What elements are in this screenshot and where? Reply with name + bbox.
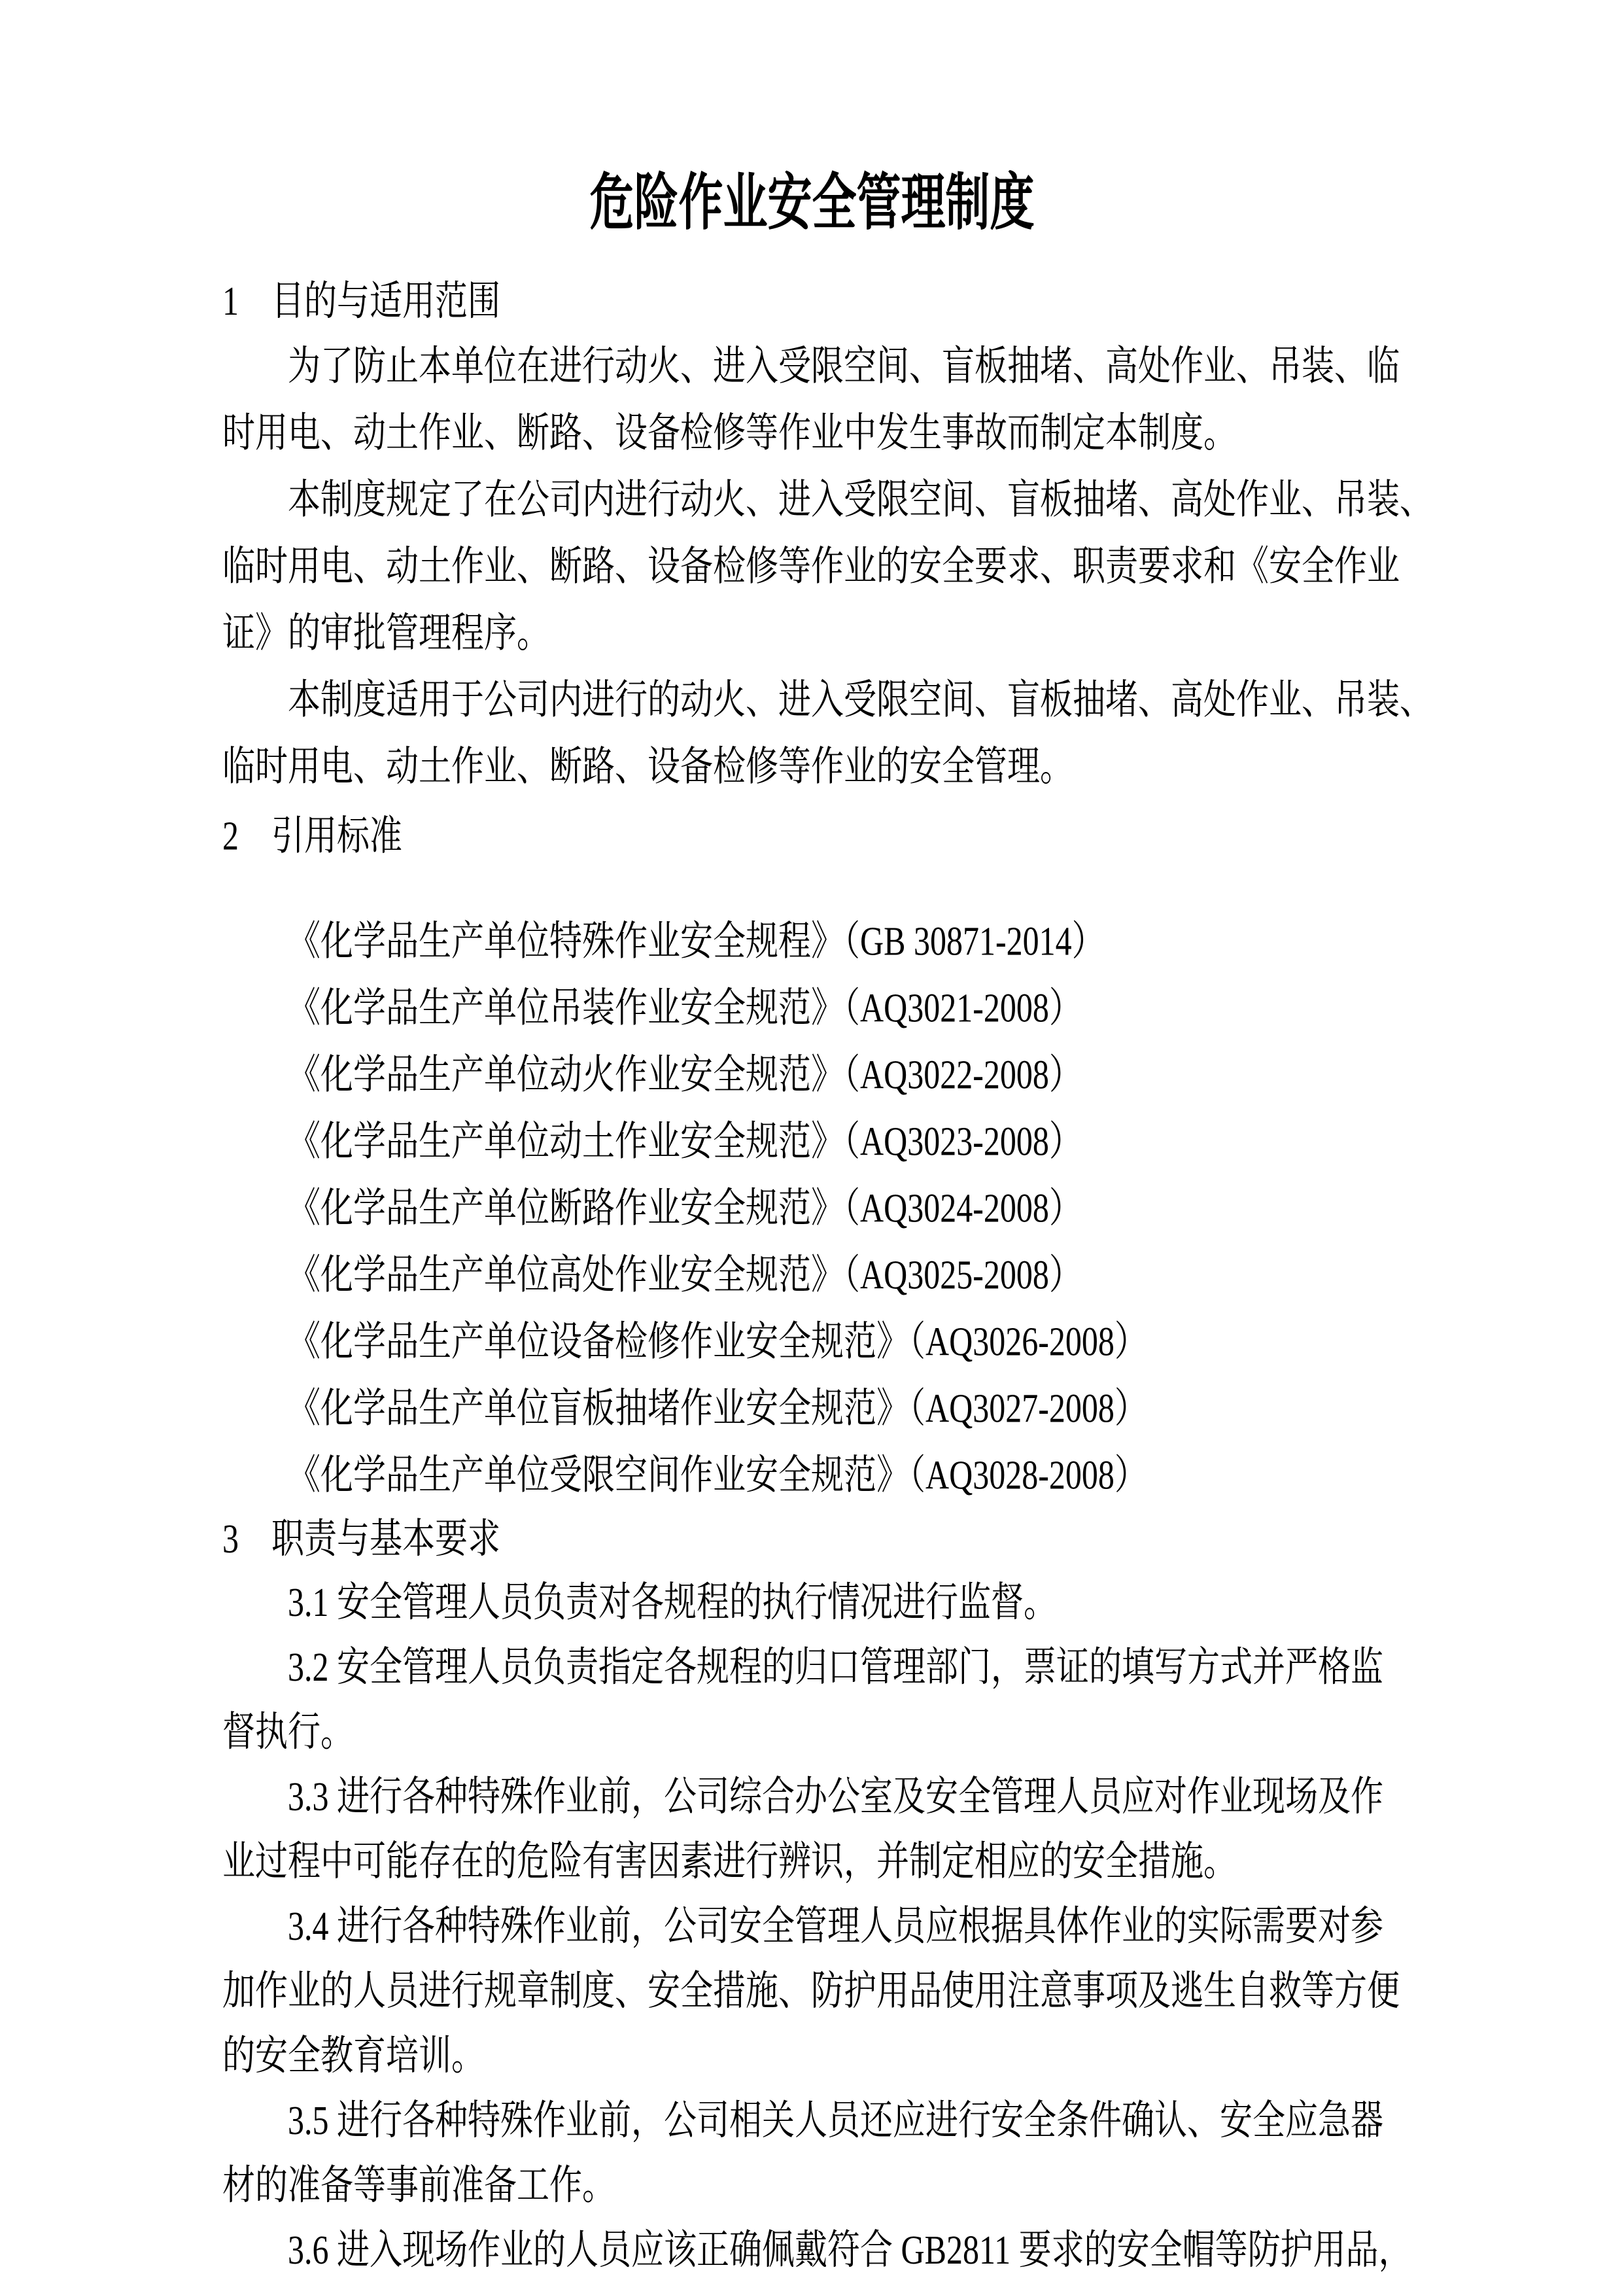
clause-3-4: 3.4 进行各种特殊作业前，公司安全管理人员应根据具体作业的实际需要对参 加作业… bbox=[222, 1894, 1402, 2088]
section-1-paragraph-3: 本制度适用于公司内进行的动火、进入受限空间、盲板抽堵、高处作业、吊装、 临时用电… bbox=[222, 666, 1402, 799]
clause-line: 3.6 进入现场作业的人员应该正确佩戴符合 GB2811 要求的安全帽等防护用品… bbox=[222, 2210, 1402, 2291]
clause-3-1: 3.1 安全管理人员负责对各规程的执行情况进行监督。 bbox=[222, 1570, 1402, 1635]
document-title: 危险作业安全管理制度 bbox=[589, 139, 1034, 266]
section-1-paragraph-1: 为了防止本单位在进行动火、进入受限空间、盲板抽堵、高处作业、吊装、临 时用电、动… bbox=[222, 332, 1402, 466]
clause-3-2: 3.2 安全管理人员负责指定各规程的归口管理部门，票证的填写方式并严格监 督执行… bbox=[222, 1635, 1402, 1764]
section-1-paragraph-2: 本制度规定了在公司内进行动火、进入受限空间、盲板抽堵、高处作业、吊装、 临时用电… bbox=[222, 466, 1402, 666]
clause-3-3: 3.3 进行各种特殊作业前，公司综合办公室及安全管理人员应对作业现场及作 业过程… bbox=[222, 1764, 1402, 1894]
section-2-heading: 2 引用标准 bbox=[222, 790, 1402, 881]
clause-3-6: 3.6 进入现场作业的人员应该正确佩戴符合 GB2811 要求的安全帽等防护用品… bbox=[222, 2218, 1402, 2283]
document-page: 危险作业安全管理制度 1 目的与适用范围 为了防止本单位在进行动火、进入受限空间… bbox=[0, 0, 1624, 2295]
section-3-clauses: 3.1 安全管理人员负责对各规程的执行情况进行监督。 3.2 安全管理人员负责指… bbox=[222, 1570, 1402, 2283]
referenced-standards-list: 《化学品生产单位特殊作业安全规程》（GB 30871-2014） 《化学品生产单… bbox=[222, 907, 1402, 1508]
document-title-row: 危险作业安全管理制度 bbox=[222, 157, 1402, 249]
clause-3-5: 3.5 进行各种特殊作业前，公司相关人员还应进行安全条件确认、安全应急器 材的准… bbox=[222, 2088, 1402, 2218]
